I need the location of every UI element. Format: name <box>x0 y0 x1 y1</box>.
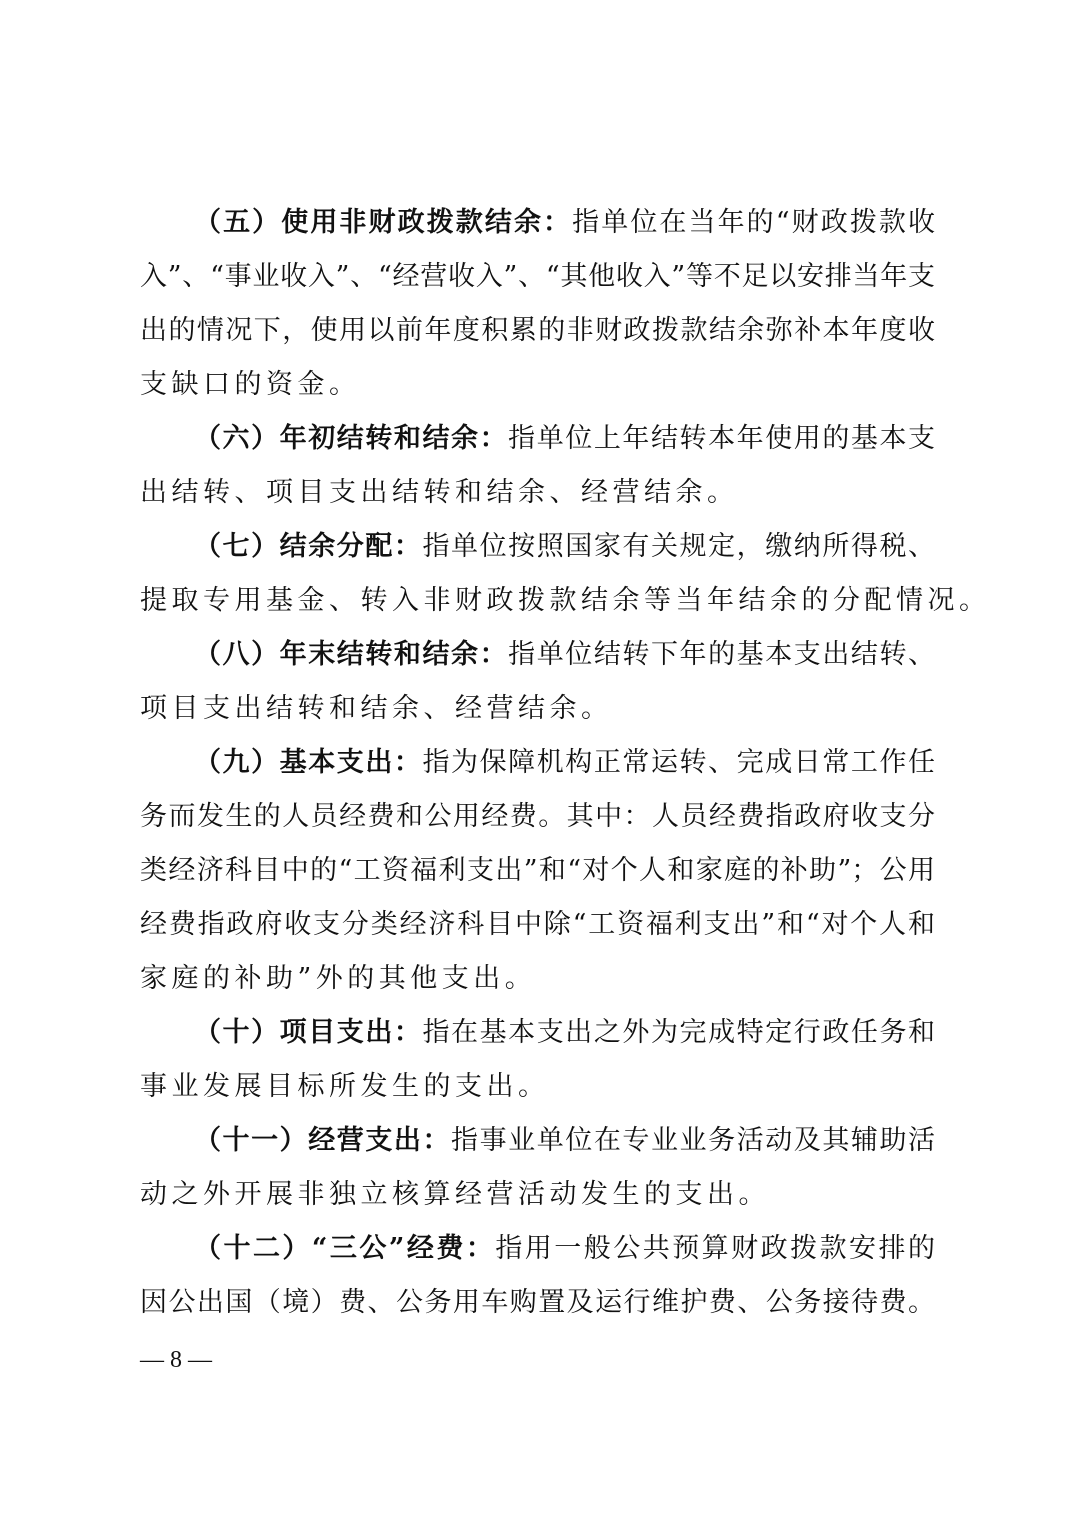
paragraph-6-line-2: 出结转、项目支出结转和结余、经营结余。 <box>140 473 935 513</box>
paragraph-9-heading: （九）基本支出： <box>194 747 422 778</box>
paragraph-10-line-2: 事业发展目标所发生的支出。 <box>140 1067 935 1107</box>
paragraph-5-line-2: 入”、“事业收入”、“经营收入”、“其他收入”等不足以安排当年支 <box>140 257 935 297</box>
paragraph-9-line-1: （九）基本支出：指为保障机构正常运转、完成日常工作任 <box>194 743 935 783</box>
paragraph-7-line-2: 提取专用基金、转入非财政拨款结余等当年结余的分配情况。 <box>140 581 935 621</box>
paragraph-9-line-2: 务而发生的人员经费和公用经费。其中：人员经费指政府收支分 <box>140 797 935 837</box>
paragraph-8-line-2: 项目支出结转和结余、经营结余。 <box>140 689 935 729</box>
paragraph-10-line-1: （十）项目支出：指在基本支出之外为完成特定行政任务和 <box>194 1013 935 1053</box>
paragraph-8-line-1: （八）年末结转和结余：指单位结转下年的基本支出结转、 <box>194 635 935 675</box>
paragraph-10-heading: （十）项目支出： <box>194 1017 422 1048</box>
document-page: （五）使用非财政拨款结余：指单位在当年的“财政拨款收 入”、“事业收入”、“经营… <box>0 0 1074 1520</box>
paragraph-9-line-4: 经费指政府收支分类经济科目中除“工资福利支出”和“对个人和 <box>140 905 935 945</box>
paragraph-6-line-1: （六）年初结转和结余：指单位上年结转本年使用的基本支 <box>194 419 935 459</box>
paragraph-11-line-2: 动之外开展非独立核算经营活动发生的支出。 <box>140 1175 935 1215</box>
paragraph-8-heading: （八）年末结转和结余： <box>194 639 508 670</box>
paragraph-5-line-4: 支缺口的资金。 <box>140 365 935 405</box>
paragraph-11-heading: （十一）经营支出： <box>194 1125 451 1156</box>
paragraph-12-heading: （十二）“三公”经费： <box>194 1233 495 1264</box>
page-number: — 8 — <box>140 1345 212 1375</box>
paragraph-12-line-1: （十二）“三公”经费：指用一般公共预算财政拨款安排的 <box>194 1229 935 1269</box>
paragraph-9-line-5: 家庭的补助”外的其他支出。 <box>140 959 935 999</box>
paragraph-5-line-3: 出的情况下，使用以前年度积累的非财政拨款结余弥补本年度收 <box>140 311 935 351</box>
paragraph-5-heading: （五）使用非财政拨款结余： <box>194 207 572 238</box>
paragraph-7-line-1: （七）结余分配：指单位按照国家有关规定，缴纳所得税、 <box>194 527 935 567</box>
paragraph-7-heading: （七）结余分配： <box>194 531 422 562</box>
paragraph-5-line-1: （五）使用非财政拨款结余：指单位在当年的“财政拨款收 <box>194 203 935 243</box>
paragraph-9-line-3: 类经济科目中的“工资福利支出”和“对个人和家庭的补助”；公用 <box>140 851 935 891</box>
paragraph-12-line-2: 因公出国（境）费、公务用车购置及运行维护费、公务接待费。 <box>140 1283 935 1323</box>
paragraph-11-line-1: （十一）经营支出：指事业单位在专业业务活动及其辅助活 <box>194 1121 935 1161</box>
paragraph-6-heading: （六）年初结转和结余： <box>194 423 508 454</box>
